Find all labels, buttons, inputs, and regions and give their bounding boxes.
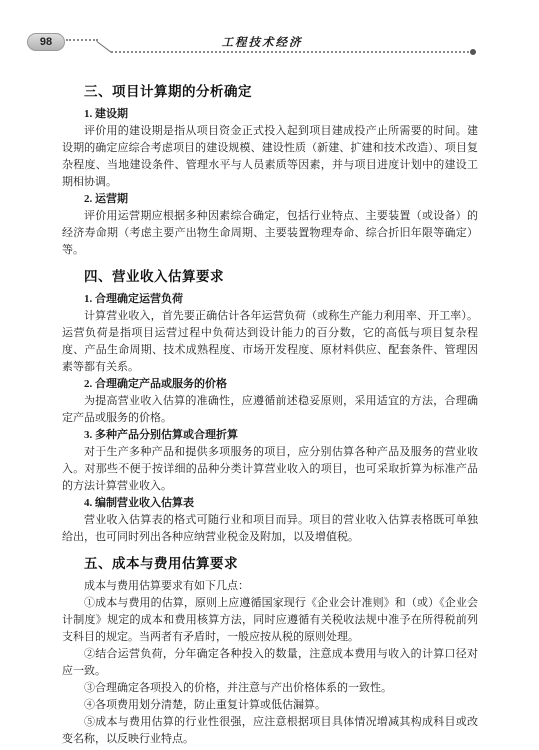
- section-heading: 四、营业收入估算要求: [62, 268, 478, 285]
- subsection-heading: 4. 编制营业收入估算表: [62, 495, 478, 512]
- header-dotted-rule-left: [66, 39, 98, 41]
- paragraph: ②结合运营负荷，分年确定各种投入的数量，注意成本费用与收入的计算口径对应一致。: [62, 646, 478, 680]
- paragraph: 计算营业收入，首先要正确估计各年运营负荷（或称生产能力利用率、开工率）。运营负荷…: [62, 308, 478, 376]
- paragraph: ①成本与费用的估算，原则上应遵循国家现行《企业会计准则》和（或）《企业会计制度》…: [62, 595, 478, 646]
- subsection-heading: 1. 合理确定运营负荷: [62, 291, 478, 308]
- section: 五、成本与费用估算要求成本与费用估算要求有如下几点：①成本与费用的估算，原则上应…: [62, 555, 478, 748]
- subsection-heading: 1. 建设期: [62, 106, 478, 123]
- paragraph: 对于生产多种产品和提供多项服务的项目，应分别估算各种产品及服务的营业收入。对那些…: [62, 444, 478, 495]
- section-heading: 三、项目计算期的分析确定: [62, 83, 478, 100]
- header-rule-bend: [96, 41, 112, 53]
- section: 三、项目计算期的分析确定1. 建设期评价用的建设期是指从项目资金正式投入起到项目…: [62, 83, 478, 259]
- paragraph: 为提高营业收入估算的准确性，应遵循前述稳妥原则，采用适宜的方法，合理确定产品或服…: [62, 393, 478, 427]
- paragraph: ④各项费用划分清楚，防止重复计算或低估漏算。: [62, 697, 478, 714]
- header-dotted-rule-main: [111, 51, 469, 53]
- subsection-heading: 2. 合理确定产品或服务的价格: [62, 376, 478, 393]
- header-rule-end-dot: [470, 49, 476, 55]
- paragraph: ③合理确定各项投入的价格，并注意与产出价格体系的一致性。: [62, 680, 478, 697]
- document-body: 三、项目计算期的分析确定1. 建设期评价用的建设期是指从项目资金正式投入起到项目…: [62, 74, 478, 748]
- page-number-badge: 98: [27, 33, 65, 51]
- subsection-heading: 2. 运营期: [62, 191, 478, 208]
- running-head-title: 工程技术经济: [222, 34, 303, 50]
- paragraph: 评价用运营期应根据多种因素综合确定，包括行业特点、主要装置（或设备）的经济寿命期…: [62, 208, 478, 259]
- paragraph: 营业收入估算表的格式可随行业和项目而异。项目的营业收入估算表格既可单独给出，也可…: [62, 512, 478, 546]
- book-page: 98 工程技术经济 三、项目计算期的分析确定1. 建设期评价用的建设期是指从项目…: [0, 0, 539, 750]
- paragraph: 评价用的建设期是指从项目资金正式投入起到项目建成投产止所需要的时间。建设期的确定…: [62, 123, 478, 191]
- section-heading: 五、成本与费用估算要求: [62, 555, 478, 572]
- section: 四、营业收入估算要求1. 合理确定运营负荷计算营业收入，首先要正确估计各年运营负…: [62, 268, 478, 546]
- paragraph: 成本与费用估算要求有如下几点：: [62, 578, 478, 595]
- paragraph: ⑤成本与费用估算的行业性很强，应注意根据项目具体情况增减其构成科目或改变名称，以…: [62, 714, 478, 748]
- subsection-heading: 3. 多种产品分别估算或合理折算: [62, 427, 478, 444]
